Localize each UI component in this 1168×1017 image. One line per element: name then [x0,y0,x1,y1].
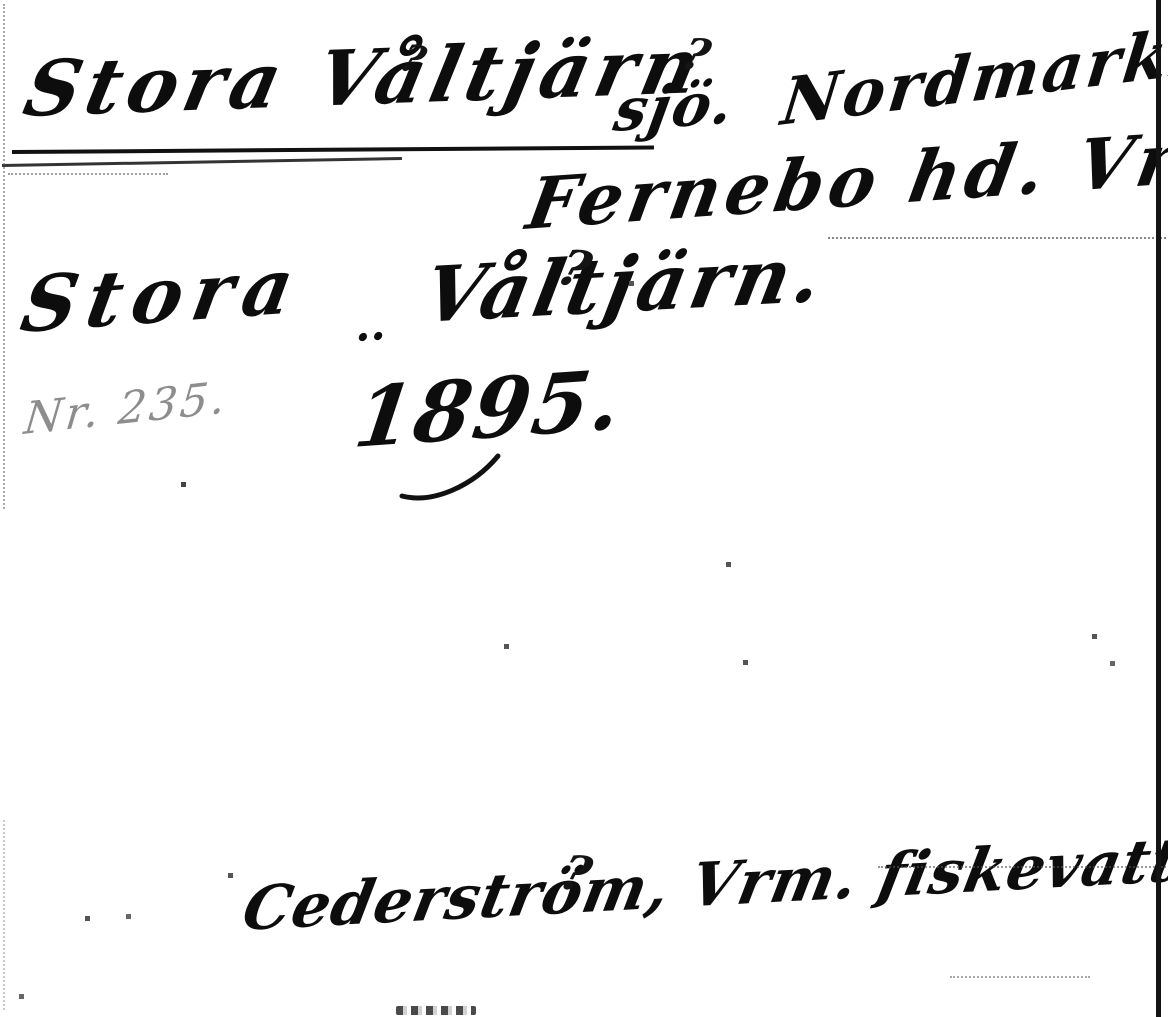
archive-card: Stora Våltjärn sjö. Nordmarks sn Fernebo… [0,0,1168,1017]
card-number: Nr. 235. [22,376,230,442]
headword-underline [12,146,654,154]
headword: Stora Våltjärn [18,28,712,128]
dotted-rule [828,237,1166,239]
bottom-edge-smudge [396,1006,476,1015]
name-repeat-separator: .. [353,303,387,349]
record-year: 1895. [350,358,628,460]
name-repeat-first: Stora [16,247,309,344]
left-margin-specks [3,820,5,1010]
left-margin-specks [3,4,5,509]
name-repeat-second: Våltjärn. [418,236,832,334]
feature-type: sjö. [610,73,740,140]
dotted-rule [878,866,1166,868]
source-citation: Cederström, Vrm. fiskevatten. [238,825,1168,940]
dotted-rule [950,976,1090,978]
scan-edge-line [1156,0,1161,1017]
parish-district: Nordmarks sn [778,4,1168,136]
year-tail-flourish [398,452,503,510]
scan-noise [0,0,3,3]
headword-underline-dotted [8,173,168,175]
headword-underline-2 [2,157,402,167]
